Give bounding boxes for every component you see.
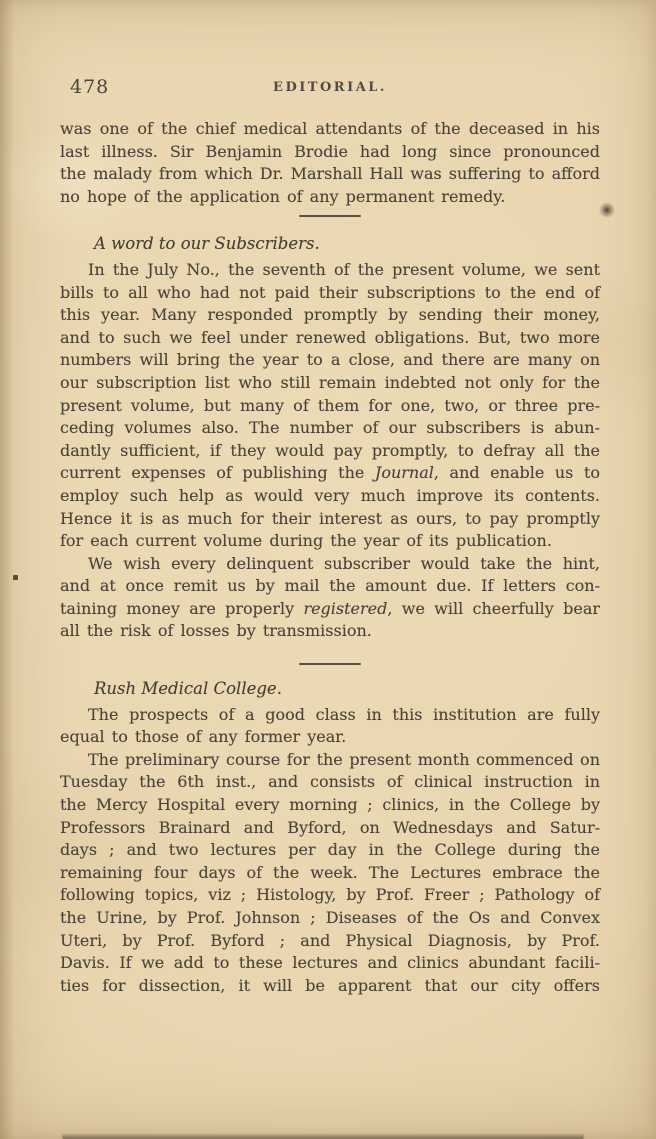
text-line: remaining four days of the week. The Lec… bbox=[60, 862, 600, 885]
text-line: dantly sufficient, if they would pay pro… bbox=[60, 440, 600, 463]
text-line: Hence it is as much for their interest a… bbox=[60, 508, 600, 531]
page-edge-shade bbox=[0, 0, 14, 1139]
text-line: last illness. Sir Benjamin Brodie had lo… bbox=[60, 141, 600, 164]
text-line: present volume, but many of them for one… bbox=[60, 395, 600, 418]
running-head: EDITORIAL. bbox=[60, 80, 600, 95]
text-line: Tuesday the 6th inst., and consists of c… bbox=[60, 771, 600, 794]
paragraph: The preliminary course for the present m… bbox=[60, 749, 600, 998]
text-line: taining money are properly registered, w… bbox=[60, 598, 600, 621]
paragraph: In the July No., the seventh of the pres… bbox=[60, 259, 600, 553]
page-header: 478 EDITORIAL. bbox=[60, 76, 600, 100]
text-line: numbers will bring the year to a close, … bbox=[60, 349, 600, 372]
page-body: was one of the chief medical attendants … bbox=[60, 118, 600, 997]
text-line: Davis. If we add to these lectures and c… bbox=[60, 952, 600, 975]
section-divider bbox=[299, 663, 361, 665]
text-line: following topics, viz ; Histology, by Pr… bbox=[60, 884, 600, 907]
text-line: bills to all who had not paid their subs… bbox=[60, 282, 600, 305]
text-line: and to such we feel under renewed obliga… bbox=[60, 327, 600, 350]
section-divider bbox=[299, 215, 361, 217]
section-heading: A word to our Subscribers. bbox=[60, 233, 600, 256]
text-line: our subscription list who still remain i… bbox=[60, 372, 600, 395]
ink-blot-artifact bbox=[599, 202, 615, 218]
text-line: current expenses of publishing the Journ… bbox=[60, 462, 600, 485]
scanned-book-page: 478 EDITORIAL. was one of the chief medi… bbox=[0, 0, 656, 1139]
text-line: employ such help as would very much impr… bbox=[60, 485, 600, 508]
text-line: the Urine, by Prof. Johnson ; Diseases o… bbox=[60, 907, 600, 930]
page-bottom-shadow bbox=[62, 1133, 584, 1139]
text-line: all the risk of losses by transmission. bbox=[60, 620, 600, 643]
text-line: Professors Brainard and Byford, on Wedne… bbox=[60, 817, 600, 840]
text-line: In the July No., the seventh of the pres… bbox=[60, 259, 600, 282]
text-line: ceding volumes also. The number of our s… bbox=[60, 417, 600, 440]
text-line: days ; and two lectures per day in the C… bbox=[60, 839, 600, 862]
text-line: for each current volume during the year … bbox=[60, 530, 600, 553]
text-line: the Mercy Hospital every morning ; clini… bbox=[60, 794, 600, 817]
text-line: the malady from which Dr. Marshall Hall … bbox=[60, 163, 600, 186]
text-line: The preliminary course for the present m… bbox=[60, 749, 600, 772]
paragraph: was one of the chief medical attendants … bbox=[60, 118, 600, 208]
text-line: was one of the chief medical attendants … bbox=[60, 118, 600, 141]
paragraph: We wish every delinquent subscriber woul… bbox=[60, 553, 600, 643]
section-heading: Rush Medical College. bbox=[60, 678, 600, 701]
text-line: this year. Many responded promptly by se… bbox=[60, 304, 600, 327]
ink-speck-artifact bbox=[13, 575, 18, 580]
text-line: Uteri, by Prof. Byford ; and Physical Di… bbox=[60, 930, 600, 953]
text-line: equal to those of any former year. bbox=[60, 726, 600, 749]
text-line: We wish every delinquent subscriber woul… bbox=[60, 553, 600, 576]
paragraph: The prospects of a good class in this in… bbox=[60, 704, 600, 749]
text-line: and at once remit us by mail the amount … bbox=[60, 575, 600, 598]
text-line: The prospects of a good class in this in… bbox=[60, 704, 600, 727]
text-line: no hope of the application of any perman… bbox=[60, 186, 600, 209]
text-line: ties for dissection, it will be apparent… bbox=[60, 975, 600, 998]
